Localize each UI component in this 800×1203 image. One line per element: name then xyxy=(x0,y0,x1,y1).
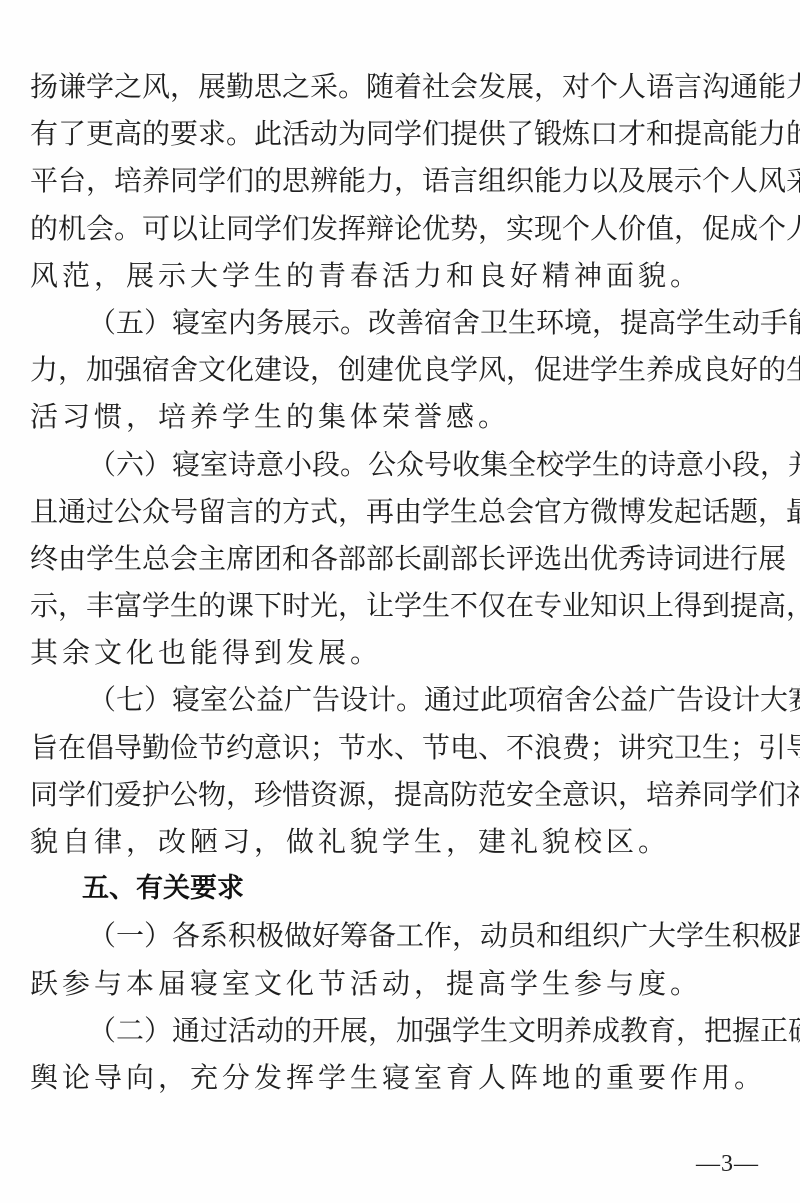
text-line: 同学们爱护公物，珍惜资源，提高防范安全意识，培养同学们礼 xyxy=(30,771,767,818)
text-line: （二）通过活动的开展，加强学生文明养成教育，把握正确 xyxy=(30,1007,767,1054)
paragraph-item-7-public-ad-design: （七）寝室公益广告设计。通过此项宿舍公益广告设计大赛， 旨在倡导勤俭节约意识；节… xyxy=(30,676,767,865)
text-line: （六）寝室诗意小段。公众号收集全校学生的诗意小段，并 xyxy=(30,441,767,488)
text-line: 且通过公众号留言的方式，再由学生总会官方微博发起话题，最 xyxy=(30,488,767,535)
text-line: 终由学生总会主席团和各部部长副部长评选出优秀诗词进行展 xyxy=(30,535,767,582)
text-line: 其余文化也能得到发展。 xyxy=(30,629,767,676)
paragraph-intro-continued: 扬谦学之风，展勤思之采。随着社会发展，对个人语言沟通能力 有了更高的要求。此活动… xyxy=(30,63,767,299)
text-line: 示，丰富学生的课下时光，让学生不仅在专业知识上得到提高， xyxy=(30,582,767,629)
text-line: 活习惯，培养学生的集体荣誉感。 xyxy=(30,393,767,440)
page-number: —3— xyxy=(696,1148,759,1180)
text-line: 跃参与本届寝室文化节活动，提高学生参与度。 xyxy=(30,960,767,1007)
requirement-1: （一）各系积极做好筹备工作，动员和组织广大学生积极踊 跃参与本届寝室文化节活动，… xyxy=(30,912,767,1006)
text-line: 力，加强宿舍文化建设，创建优良学风，促进学生养成良好的生 xyxy=(30,346,767,393)
text-line: 风范，展示大学生的青春活力和良好精神面貌。 xyxy=(30,252,767,299)
paragraph-item-6-dorm-poetry: （六）寝室诗意小段。公众号收集全校学生的诗意小段，并 且通过公众号留言的方式，再… xyxy=(30,441,767,677)
text-line: 貌自律，改陋习，做礼貌学生，建礼貌校区。 xyxy=(30,818,767,865)
paragraph-item-5-dorm-housekeeping: （五）寝室内务展示。改善宿舍卫生环境，提高学生动手能 力，加强宿舍文化建设，创建… xyxy=(30,299,767,441)
section-heading: 五、有关要求 xyxy=(30,865,767,912)
text-line: 扬谦学之风，展勤思之采。随着社会发展，对个人语言沟通能力 xyxy=(30,63,767,110)
document-page: 扬谦学之风，展勤思之采。随着社会发展，对个人语言沟通能力 有了更高的要求。此活动… xyxy=(0,0,800,1203)
text-line: 有了更高的要求。此活动为同学们提供了锻炼口才和提高能力的 xyxy=(30,110,767,157)
requirement-2: （二）通过活动的开展，加强学生文明养成教育，把握正确 舆论导向，充分发挥学生寝室… xyxy=(30,1007,767,1101)
document-body: 扬谦学之风，展勤思之采。随着社会发展，对个人语言沟通能力 有了更高的要求。此活动… xyxy=(30,63,767,1101)
text-line: 的机会。可以让同学们发挥辩论优势，实现个人价值，促成个人 xyxy=(30,205,767,252)
text-line: （一）各系积极做好筹备工作，动员和组织广大学生积极踊 xyxy=(30,912,767,959)
text-line: （七）寝室公益广告设计。通过此项宿舍公益广告设计大赛， xyxy=(30,676,767,723)
text-line: （五）寝室内务展示。改善宿舍卫生环境，提高学生动手能 xyxy=(30,299,767,346)
text-line: 平台，培养同学们的思辨能力，语言组织能力以及展示个人风采 xyxy=(30,157,767,204)
text-line: 舆论导向，充分发挥学生寝室育人阵地的重要作用。 xyxy=(30,1054,767,1101)
text-line: 旨在倡导勤俭节约意识；节水、节电、不浪费；讲究卫生；引导 xyxy=(30,724,767,771)
